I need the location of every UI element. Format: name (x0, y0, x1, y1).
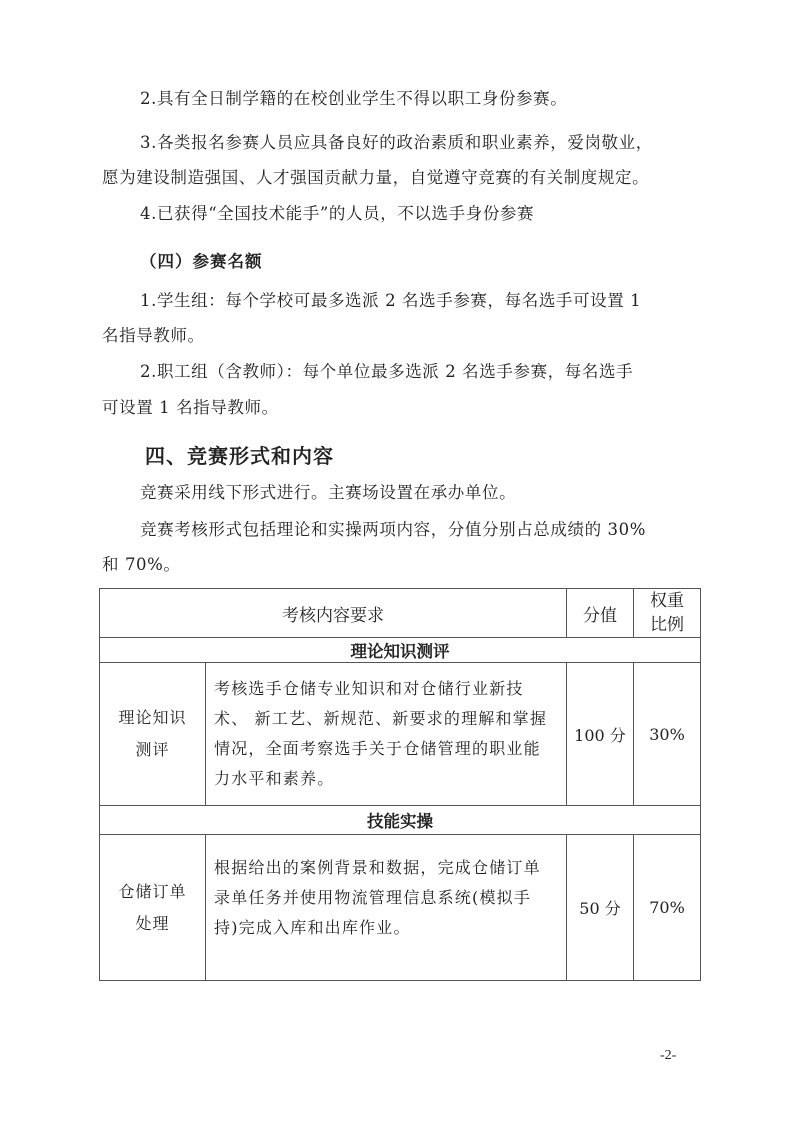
table-row: 理论知识 测评 考核选手仓储专业知识和对仓储行业新技 术、 新工艺、新规范、新要… (100, 663, 701, 806)
table-header-row: 考核内容要求 分值 权重 比例 (100, 589, 701, 638)
page-number: -2- (660, 1048, 676, 1064)
table-row: 仓储订单 处理 根据给出的案例背景和数据，完成仓储订单 录单任务并使用物流管理信… (100, 835, 701, 981)
paragraph: 3.各类报名参赛人员应具备良好的政治素质和职业素养，爱岗敬业， (140, 133, 653, 153)
item-score: 100 分 (567, 663, 634, 806)
paragraph: 2.具有全日制学籍的在校创业学生不得以职工身份参赛。 (140, 89, 567, 109)
section-title: 四、竞赛形式和内容 (145, 440, 334, 469)
paragraph: 名指导教师。 (102, 326, 205, 346)
header-weight: 权重 比例 (634, 589, 701, 638)
section-row: 技能实操 (100, 806, 701, 835)
assessment-table: 考核内容要求 分值 权重 比例 理论知识测评 理论知识 测评 考核选手仓储专业知… (99, 588, 701, 981)
item-name: 理论知识 测评 (100, 663, 206, 806)
item-score: 50 分 (567, 835, 634, 981)
header-content: 考核内容要求 (100, 589, 567, 638)
item-weight: 30% (634, 663, 701, 806)
paragraph: 竞赛采用线下形式进行。主赛场设置在承办单位。 (140, 483, 516, 503)
paragraph: 可设置 1 名指导教师。 (102, 398, 279, 418)
subsection-title: （四）参赛名额 (140, 248, 263, 272)
paragraph: 4.已获得“全国技术能手”的人员，不以选手身份参赛 (140, 204, 534, 224)
paragraph: 愿为建设制造强国、人才强国贡献力量，自觉遵守竞赛的有关制度规定。 (102, 168, 649, 188)
item-description: 考核选手仓储专业知识和对仓储行业新技 术、 新工艺、新规范、新要求的理解和掌握 … (206, 663, 567, 806)
paragraph: 2.职工组（含教师）：每个单位最多选派 2 名选手参赛，每名选手 (140, 362, 633, 382)
section-practice: 技能实操 (100, 806, 701, 835)
item-weight: 70% (634, 835, 701, 981)
item-name: 仓储订单 处理 (100, 835, 206, 981)
paragraph: 和 70%。 (102, 555, 181, 575)
section-row: 理论知识测评 (100, 638, 701, 663)
paragraph: 1.学生组：每个学校可最多选派 2 名选手参赛，每名选手可设置 1 (140, 291, 641, 311)
header-score: 分值 (567, 589, 634, 638)
section-theory: 理论知识测评 (100, 638, 701, 663)
item-description: 根据给出的案例背景和数据，完成仓储订单 录单任务并使用物流管理信息系统(模拟手 … (206, 835, 567, 981)
paragraph: 竞赛考核形式包括理论和实操两项内容，分值分别占总成绩的 30% (140, 520, 646, 540)
